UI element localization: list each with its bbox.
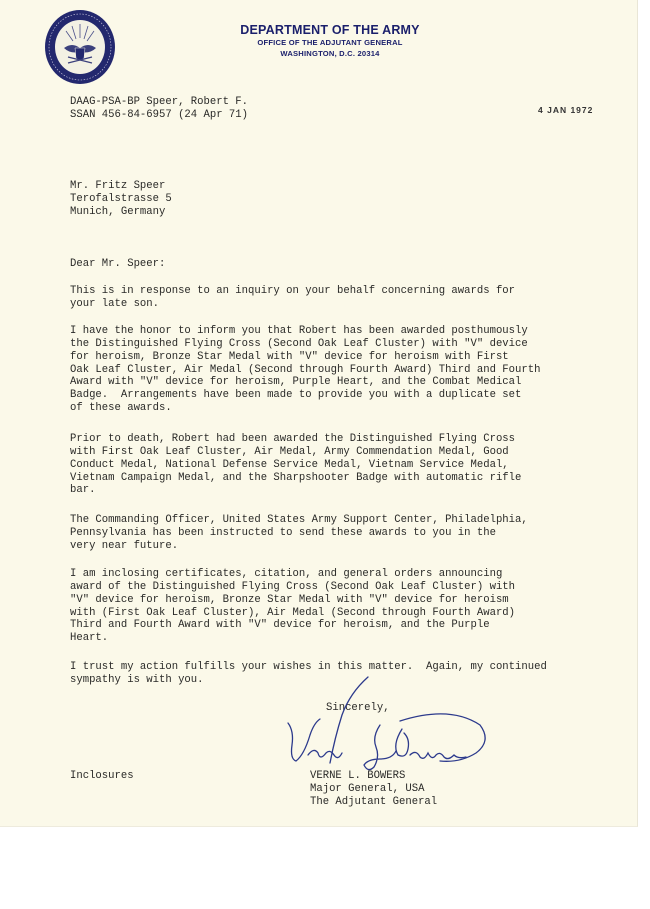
handwritten-signature xyxy=(280,675,490,780)
signer-rank: Major General, USA xyxy=(310,783,424,795)
paragraph-inquiry: This is in response to an inquiry on you… xyxy=(70,285,515,311)
recipient-street: Terofalstrasse 5 xyxy=(70,193,172,205)
department-of-defense-seal-icon xyxy=(44,8,116,86)
date-stamp: 4 JAN 1972 xyxy=(538,105,593,115)
paragraph-inclosures: I am inclosing certificates, citation, a… xyxy=(70,568,515,645)
signature-block: VERNE L. BOWERS Major General, USA The A… xyxy=(310,770,437,809)
office-name: OFFICE OF THE ADJUTANT GENERAL xyxy=(200,37,460,48)
signer-title: The Adjutant General xyxy=(310,796,437,808)
letterhead: DEPARTMENT OF THE ARMY OFFICE OF THE ADJ… xyxy=(200,23,460,59)
letter-page: DEPARTMENT OF THE ARMY OFFICE OF THE ADJ… xyxy=(0,0,638,827)
salutation: Dear Mr. Speer: xyxy=(70,258,165,271)
reference-block: DAAG-PSA-BP Speer, Robert F. SSAN 456-84… xyxy=(70,96,248,122)
enclosures-label: Inclosures xyxy=(70,770,134,783)
signer-name: VERNE L. BOWERS xyxy=(310,770,405,782)
department-name: DEPARTMENT OF THE ARMY xyxy=(200,23,460,37)
recipient-city: Munich, Germany xyxy=(70,206,165,218)
recipient-address: Mr. Fritz Speer Terofalstrasse 5 Munich,… xyxy=(70,180,172,219)
paragraph-posthumous-awards: I have the honor to inform you that Robe… xyxy=(70,325,540,415)
paragraph-delivery: The Commanding Officer, United States Ar… xyxy=(70,514,528,553)
recipient-name: Mr. Fritz Speer xyxy=(70,180,165,192)
office-location: WASHINGTON, D.C. 20314 xyxy=(200,48,460,59)
paragraph-prior-awards: Prior to death, Robert had been awarded … xyxy=(70,433,521,497)
reference-line-2: SSAN 456-84-6957 (24 Apr 71) xyxy=(70,109,248,121)
reference-line-1: DAAG-PSA-BP Speer, Robert F. xyxy=(70,96,248,108)
